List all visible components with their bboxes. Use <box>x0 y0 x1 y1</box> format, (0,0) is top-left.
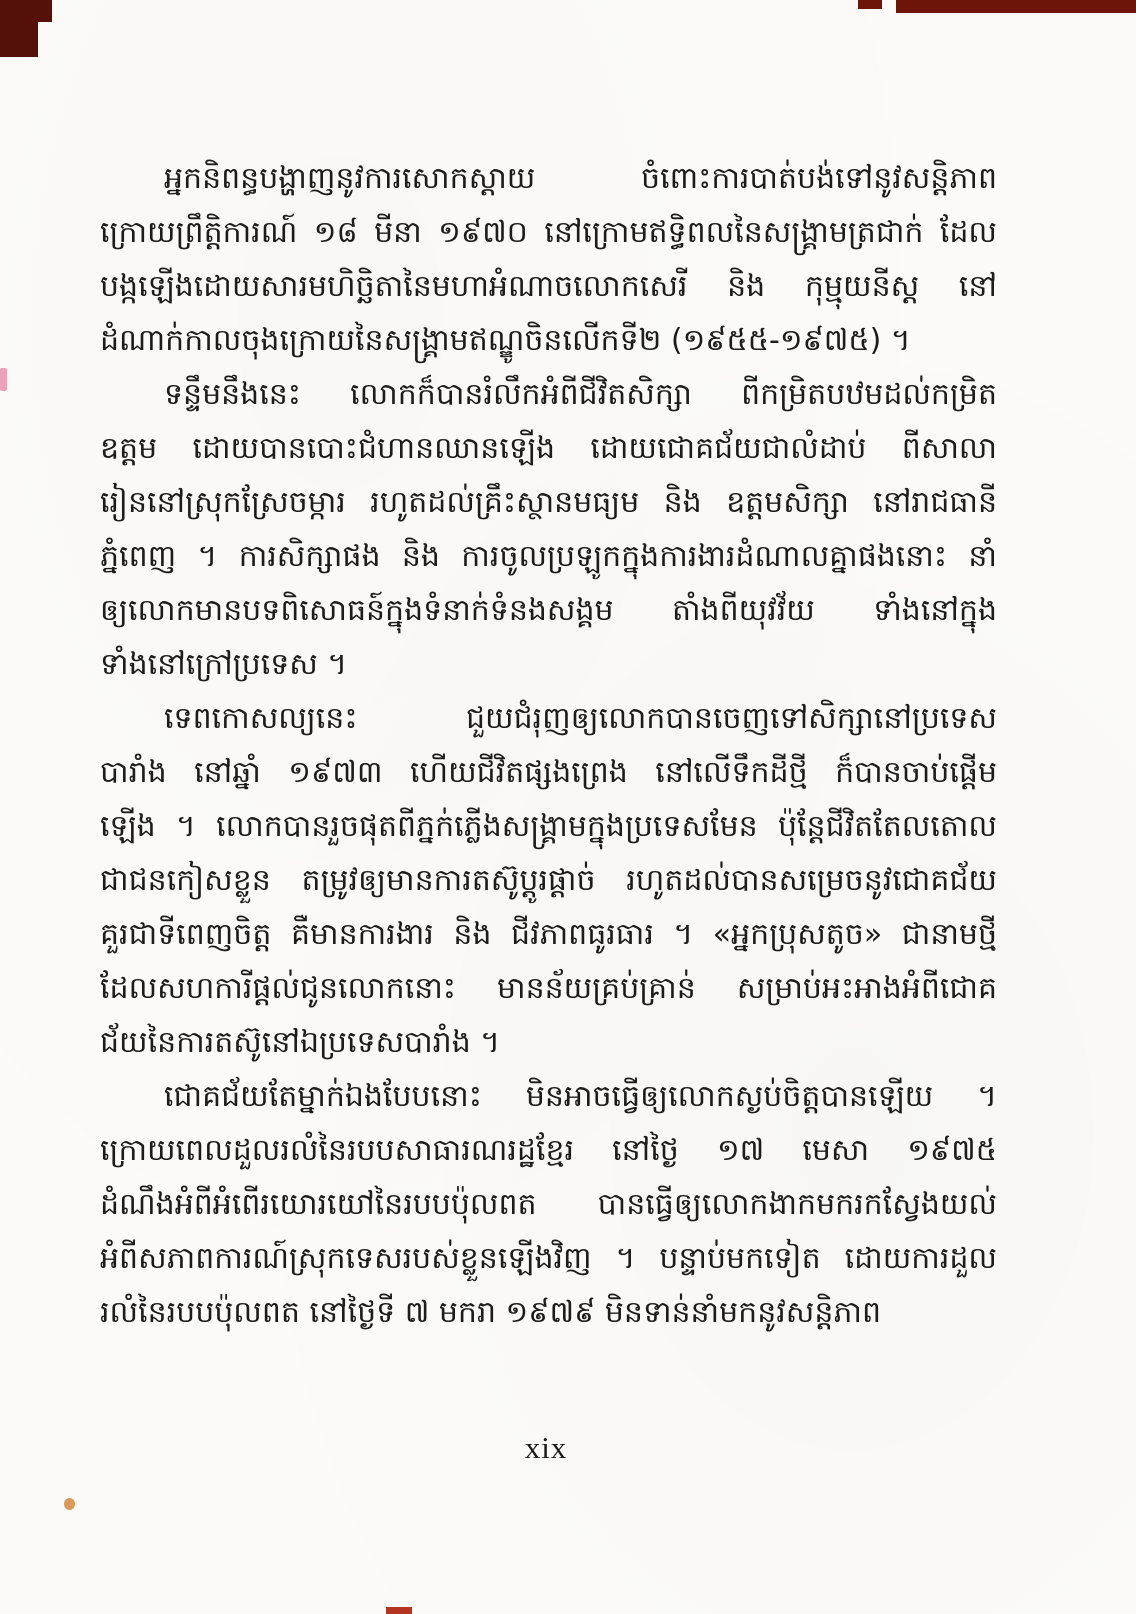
text-line: ឧត្តម ដោយបានបោះជំហានឈានឡើង ដោយជោគជ័យជាលំ… <box>100 422 997 476</box>
text-line: ក្រោយព្រឹត្តិការណ៍ ១៨ មីនា ១៩៧០ នៅក្រោមឥ… <box>100 206 997 260</box>
text-line: គួរជាទីពេញចិត្ត គឺមានការងារ និង ជីវភាពធូ… <box>100 908 997 962</box>
text-line: ឲ្យលោកមានបទពិសោធន៍ក្នុងទំនាក់ទំនងសង្គម ត… <box>100 584 997 638</box>
text-line: បង្កឡើងដោយសារមហិច្ឆិតានៃមហាអំណាចលោកសេរី … <box>100 260 997 314</box>
scan-artifact-bottom-dash <box>386 1607 412 1614</box>
text-line: រលំនៃរបបប៉ុលពត នៅថ្ងៃទី ៧ មករា ១៩៧៩ មិនទ… <box>100 1286 997 1340</box>
paragraph: ទន្ទឹមនឹងនេះ លោកក៏បានរំលឹកអំពីជីវិតសិក្ស… <box>100 368 997 692</box>
text-line: ជោគជ័យតែម្នាក់ឯងបែបនោះ មិនអាចធ្វើឲ្យលោកស… <box>100 1070 997 1124</box>
text-line: ក្រោយពេលដួលរលំនៃរបបសាធារណរដ្ឋខ្មែរ នៅថ្ង… <box>100 1124 997 1178</box>
scanned-page: អ្នកនិពន្ធបង្ហាញនូវការសោកស្ដាយ ចំពោះការប… <box>0 0 1136 1614</box>
scan-artifact-top-right-strip <box>896 0 1136 13</box>
text-line: បារាំង នៅឆ្នាំ ១៩៧៣ ហើយជីវិតផ្សងព្រេង នៅ… <box>100 746 997 800</box>
text-line: រៀននៅស្រុកស្រែចម្ការ រហូតដល់គ្រឹះស្ថានមធ… <box>100 476 997 530</box>
text-line: ទន្ទឹមនឹងនេះ លោកក៏បានរំលឹកអំពីជីវិតសិក្ស… <box>100 368 997 422</box>
scan-artifact-top-left-block <box>0 0 38 57</box>
text-line: ជ័យនៃការតស៊ូនៅឯប្រទេសបារាំង ។ <box>100 1016 997 1070</box>
text-line: ដែលសហការីផ្ដល់ជូនលោកនោះ មានន័យគ្រប់គ្រាន… <box>100 962 997 1016</box>
text-line: ឡើង ។ លោកបានរួចផុតពីភ្នក់ភ្លើងសង្គ្រាមក្… <box>100 800 997 854</box>
text-block: អ្នកនិពន្ធបង្ហាញនូវការសោកស្ដាយ ចំពោះការប… <box>100 152 997 1340</box>
paragraph: ទេពកោសល្យនេះ ជួយជំរុញឲ្យលោកបានចេញទៅសិក្ស… <box>100 692 997 1070</box>
text-line: ដំណាក់កាលចុងក្រោយនៃសង្គ្រាមឥណ្ឌូចិនលើកទី… <box>100 314 997 368</box>
scan-artifact-orange-dot <box>64 1498 75 1510</box>
paragraph: អ្នកនិពន្ធបង្ហាញនូវការសោកស្ដាយ ចំពោះការប… <box>100 152 997 368</box>
text-line: ទាំងនៅក្រៅប្រទេស ។ <box>100 638 997 692</box>
text-line: ភ្នំពេញ ។ ការសិក្សាផង និង ការចូលប្រឡូកក្… <box>100 530 997 584</box>
page-number: xix <box>0 1430 1092 1466</box>
scan-artifact-pink-tick <box>0 368 7 391</box>
scan-artifact-top-dash <box>858 0 882 9</box>
text-line: អំពីសភាពការណ៍ស្រុកទេសរបស់ខ្លួនឡើងវិញ ។ ប… <box>100 1232 997 1286</box>
text-line: អ្នកនិពន្ធបង្ហាញនូវការសោកស្ដាយ ចំពោះការប… <box>100 152 997 206</box>
text-line: ដំណឹងអំពីអំពើរយោរយៅនៃរបបប៉ុលពត បានធ្វើឲ្… <box>100 1178 997 1232</box>
text-line: ទេពកោសល្យនេះ ជួយជំរុញឲ្យលោកបានចេញទៅសិក្ស… <box>100 692 997 746</box>
paragraph: ជោគជ័យតែម្នាក់ឯងបែបនោះ មិនអាចធ្វើឲ្យលោកស… <box>100 1070 997 1340</box>
text-line: ជាជនកៀសខ្លួន តម្រូវឲ្យមានការតស៊ូប្ដូរផ្ដ… <box>100 854 997 908</box>
